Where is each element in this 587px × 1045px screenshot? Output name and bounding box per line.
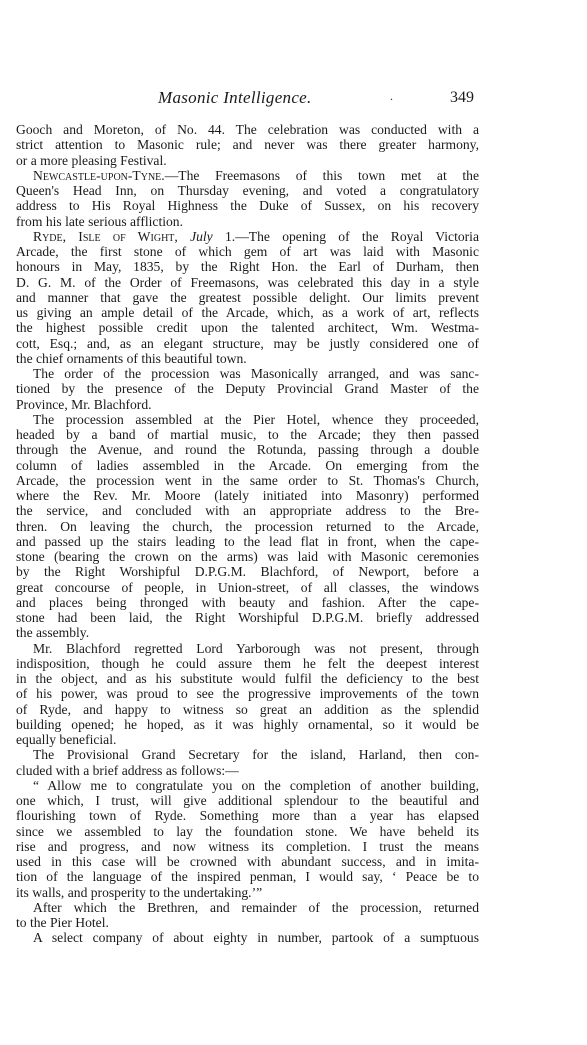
- text-line: stone had been laid, the Right Worshipfu…: [16, 610, 479, 625]
- text-line: Gooch and Moreton, of No. 44. The celebr…: [16, 122, 479, 137]
- page-number: 349: [450, 84, 474, 112]
- text-line: from his late serious affliction.: [16, 214, 479, 229]
- text-line: great concourse of people, in Union-stre…: [16, 580, 479, 595]
- text-line: address to His Royal Highness the Duke o…: [16, 198, 479, 213]
- text-line: building opened; he hoped, as it was hig…: [16, 717, 479, 732]
- place-heading: Ryde, Isle of Wight,: [33, 229, 178, 244]
- text-line: of his power, was proud to see the progr…: [16, 686, 479, 701]
- text-line: Mr. Blachford regretted Lord Yarborough …: [16, 641, 479, 656]
- text-line: After which the Brethren, and remainder …: [16, 900, 479, 915]
- text-line: “ Allow me to congratulate you on the co…: [16, 778, 479, 793]
- text-line: in the object, and as his substitute wou…: [16, 671, 479, 686]
- paragraph-secretary-quote: “ Allow me to congratulate you on the co…: [16, 778, 479, 900]
- text-line: headed by a band of martial music, to th…: [16, 427, 479, 442]
- text-fragment: —The Freemasons of this town met at the: [165, 168, 479, 183]
- text-line: by the Right Worshipful D.P.G.M. Blachfo…: [16, 564, 479, 579]
- text-line: through the Avenue, and round the Rotund…: [16, 442, 479, 457]
- text-line: Province, Mr. Blachford.: [16, 397, 479, 412]
- text-line: A select company of about eighty in numb…: [16, 930, 479, 945]
- text-line: Arcade, the first stone of which gem of …: [16, 244, 479, 259]
- text-line: of Ryde, and happy to witness so great a…: [16, 702, 479, 717]
- text-line: The Provisional Grand Secretary for the …: [16, 747, 479, 762]
- place-heading: Newcastle-upon-Tyne.: [33, 168, 165, 183]
- running-title: Masonic Intelligence.: [158, 84, 312, 112]
- body-text: Gooch and Moreton, of No. 44. The celebr…: [16, 122, 479, 946]
- text-line: thren. On leaving the church, the proces…: [16, 519, 479, 534]
- text-line: its walls, and prosperity to the underta…: [16, 885, 479, 900]
- paragraph-secretary-intro: The Provisional Grand Secretary for the …: [16, 747, 479, 778]
- text-line: one which, I trust, will give additional…: [16, 793, 479, 808]
- text-line: Arcade, the procession went in the same …: [16, 473, 479, 488]
- text-line: where the Rev. Mr. Moore (lately initiat…: [16, 488, 479, 503]
- text-line: Newcastle-upon-Tyne.—The Freemasons of t…: [16, 168, 479, 183]
- paragraph-newcastle: Newcastle-upon-Tyne.—The Freemasons of t…: [16, 168, 479, 229]
- text-line: flourishing town of Ryde. Something more…: [16, 808, 479, 823]
- text-line: the chief ornaments of this beautiful to…: [16, 351, 479, 366]
- text-line: column of ladies assembled in the Arcade…: [16, 458, 479, 473]
- text-fragment: 1.—The opening of the Royal Victoria: [213, 229, 479, 244]
- text-line: or a more pleasing Festival.: [16, 153, 479, 168]
- paragraph-procession-route: The procession assembled at the Pier Hot…: [16, 412, 479, 641]
- running-head: Masonic Intelligence. . 349: [16, 84, 479, 112]
- paragraph-blachford-address: Mr. Blachford regretted Lord Yarborough …: [16, 641, 479, 748]
- text-line: to the Pier Hotel.: [16, 915, 479, 930]
- text-line: tion of the language of the inspired pen…: [16, 869, 479, 884]
- text-line: D. G. M. of the Order of Freemasons, was…: [16, 275, 479, 290]
- text-line: stone (bearing the crown on the arms) wa…: [16, 549, 479, 564]
- paragraph-ryde: Ryde, Isle of Wight, July 1.—The opening…: [16, 229, 479, 366]
- text-line: equally beneficial.: [16, 732, 479, 747]
- text-line: and manner that gave the greatest possib…: [16, 290, 479, 305]
- text-line: cluded with a brief address as follows:—: [16, 763, 479, 778]
- text-line: cott, Esq.; and, as an elegant structure…: [16, 336, 479, 351]
- text-line: the assembly.: [16, 625, 479, 640]
- text-line: the highest possible credit upon the tal…: [16, 320, 479, 335]
- book-page: Masonic Intelligence. . 349 Gooch and Mo…: [16, 84, 479, 946]
- text-line: us giving an ample detail of the Arcade,…: [16, 305, 479, 320]
- paragraph-dinner: A select company of about eighty in numb…: [16, 930, 479, 945]
- text-line: tioned by the presence of the Deputy Pro…: [16, 381, 479, 396]
- text-line: used in this case will be crowned with a…: [16, 854, 479, 869]
- paragraph-procession-order: The order of the procession was Masonica…: [16, 366, 479, 412]
- text-line: rise and progress, and now witness its c…: [16, 839, 479, 854]
- text-line: The procession assembled at the Pier Hot…: [16, 412, 479, 427]
- text-line: and passed up the stairs leading to the …: [16, 534, 479, 549]
- paragraph-continuation: Gooch and Moreton, of No. 44. The celebr…: [16, 122, 479, 168]
- text-line: honours in May, 1835, by the Right Hon. …: [16, 259, 479, 274]
- text-line: and places being thronged with beauty an…: [16, 595, 479, 610]
- text-line: indisposition, though he could assure th…: [16, 656, 479, 671]
- text-line: Queen's Head Inn, on Thursday evening, a…: [16, 183, 479, 198]
- text-line: The order of the procession was Masonica…: [16, 366, 479, 381]
- text-line: strict attention to Masonic rule; and ne…: [16, 137, 479, 152]
- text-line: since we assembled to lay the foundation…: [16, 824, 479, 839]
- running-head-mark: .: [390, 82, 393, 110]
- text-line: Ryde, Isle of Wight, July 1.—The opening…: [16, 229, 479, 244]
- date-italic: July: [190, 229, 213, 244]
- text-line: the service, and concluded with an appro…: [16, 503, 479, 518]
- paragraph-return: After which the Brethren, and remainder …: [16, 900, 479, 931]
